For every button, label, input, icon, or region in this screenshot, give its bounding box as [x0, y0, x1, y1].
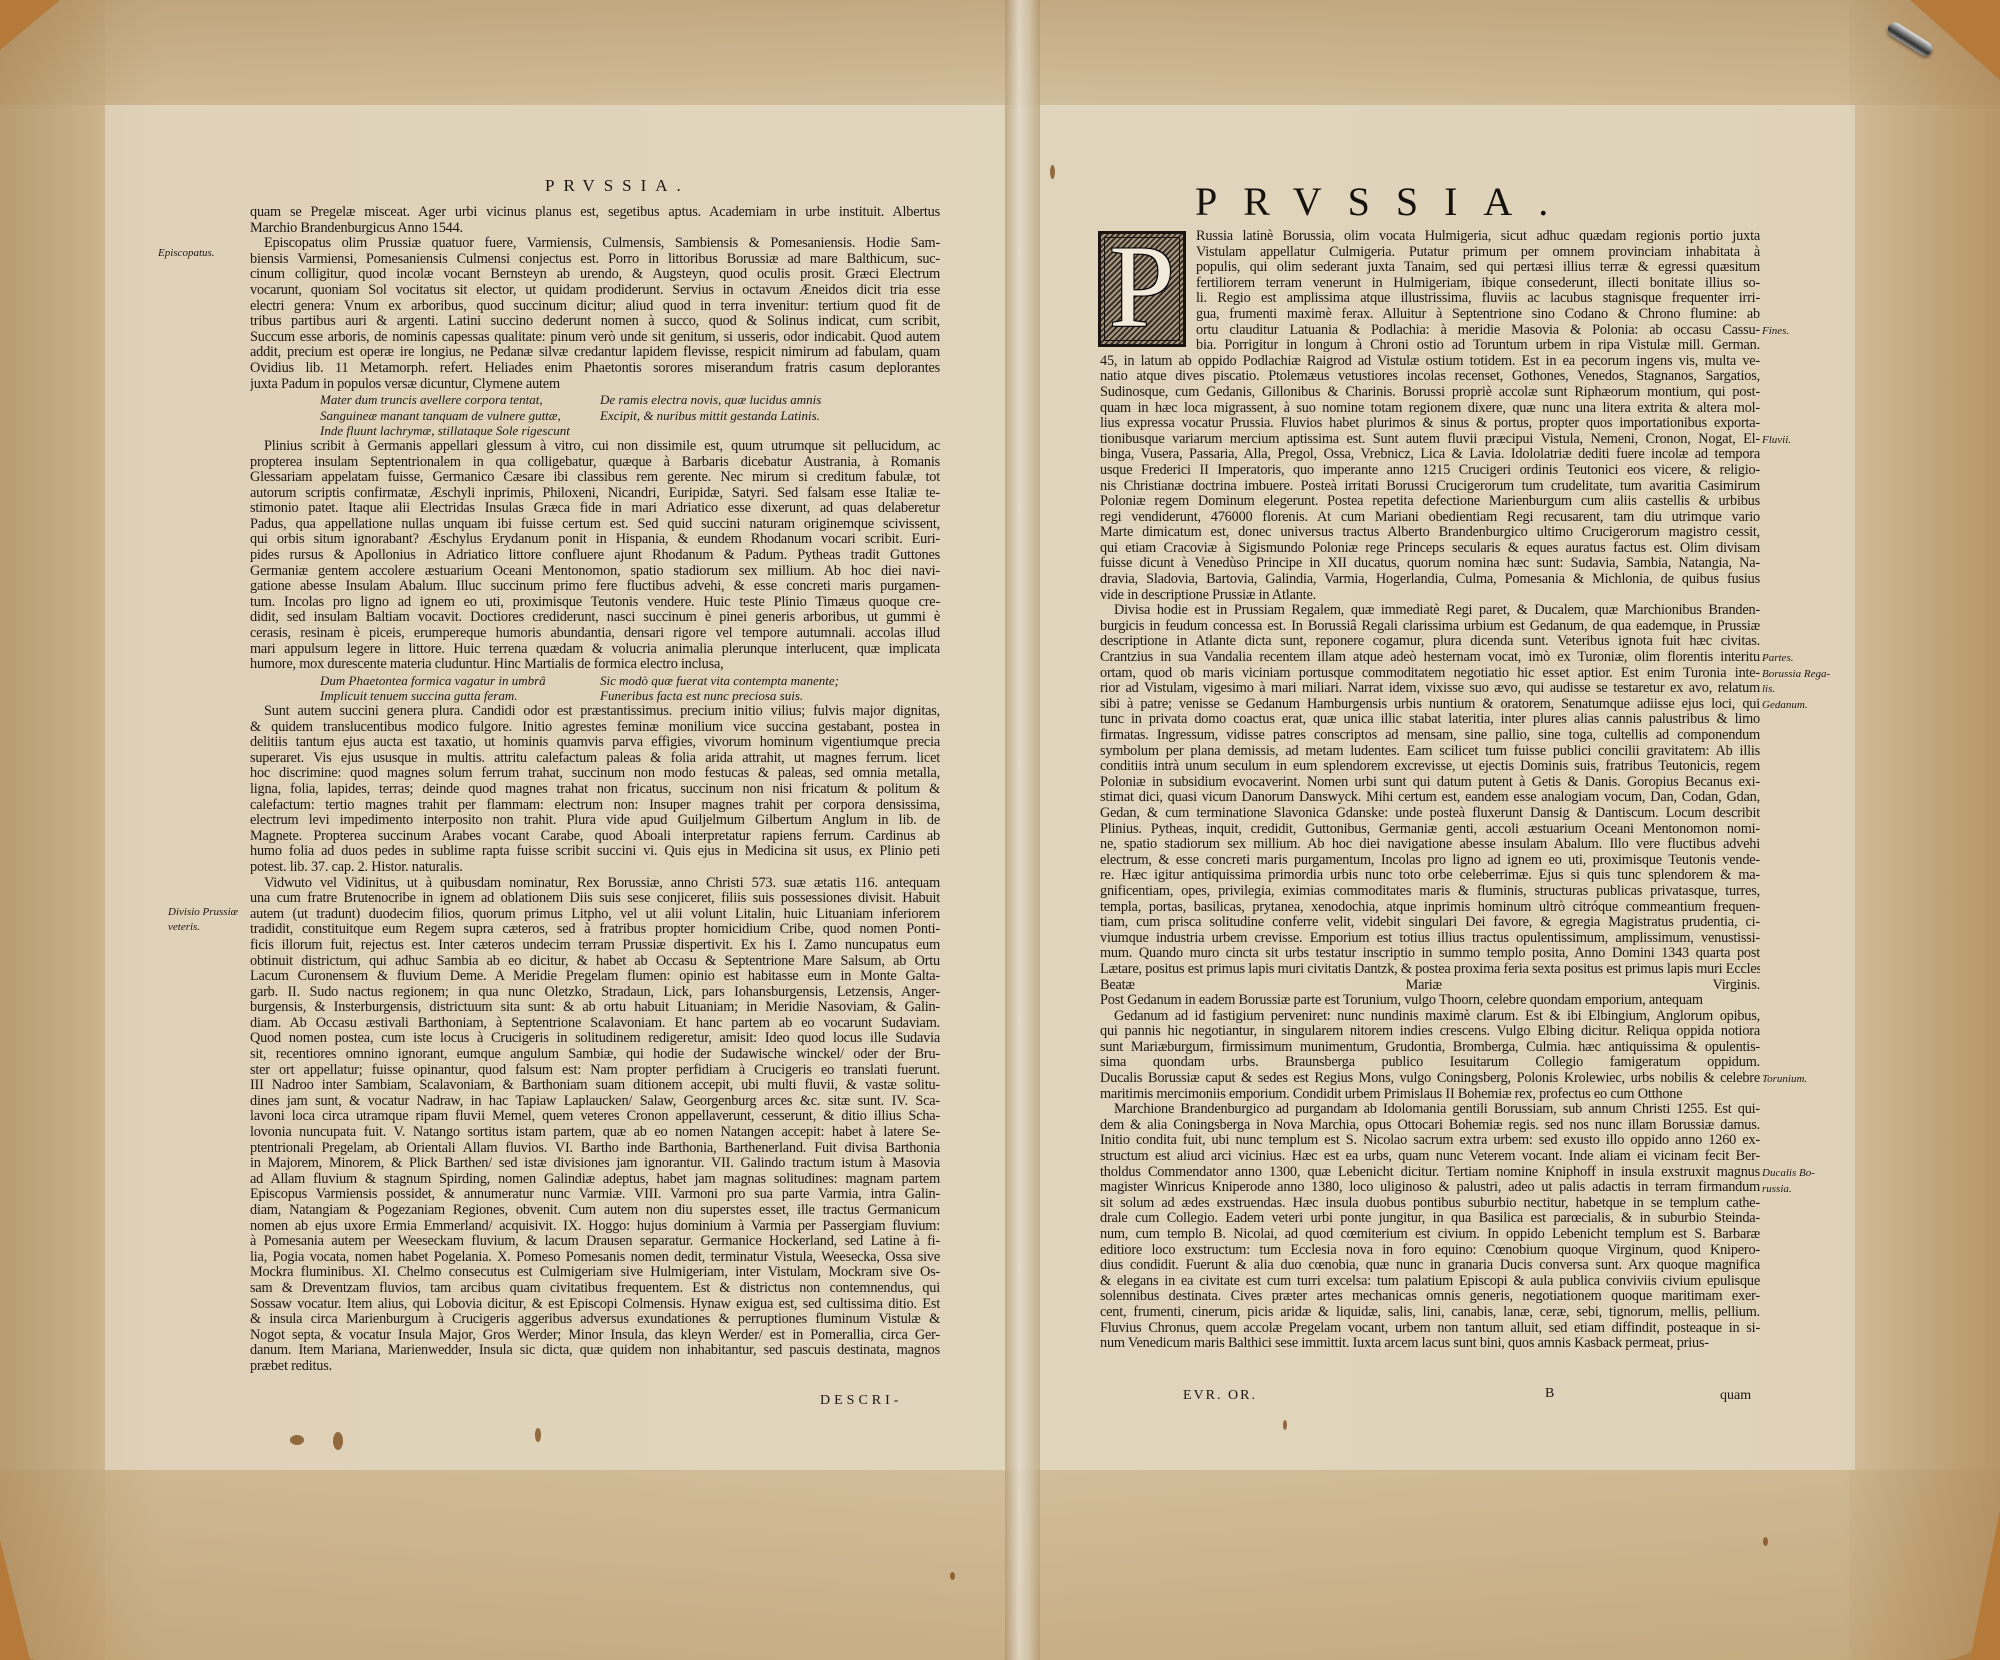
- text-line: vocarunt, quoniam Sol vocitatus sit elec…: [250, 283, 940, 299]
- text-line: tunc in privata domo coactus erat, quæ u…: [1100, 712, 1760, 728]
- text-line: autem (ut tradunt) duodecim filios, quor…: [250, 907, 940, 923]
- text-line: electri genera: Vnum ex arboribus, quod …: [250, 299, 940, 315]
- margin-note: Gedanum.: [1762, 699, 1808, 712]
- margin-note: Fines.: [1762, 325, 1789, 338]
- text-line: lovonia nuncupata fuit. V. Natango sorti…: [250, 1125, 940, 1141]
- signature-mark: B: [1545, 1386, 1558, 1402]
- text-line: cent, frumenti, cinerum, picis aridæ & l…: [1100, 1305, 1760, 1321]
- toned-border-top: [0, 0, 2000, 105]
- margin-note-episcopatus: Episcopatus.: [158, 247, 215, 260]
- text-line: III Nadroo inter Sambiam, Scalavoniam, &…: [250, 1078, 940, 1094]
- text-line: descriptione in Atlante dicta sunt, repo…: [1100, 634, 1760, 650]
- text-line: & elegans in ea civitate est cum turri e…: [1100, 1274, 1760, 1290]
- text-line: vide in descriptione Prussiæ in Atlante.: [1100, 588, 1760, 604]
- text-line: humore, mox durescente materia cluduntur…: [250, 657, 940, 673]
- margin-note: russia.: [1762, 1183, 1792, 1196]
- text-line: garb. II. Sudo nactus regionem; in qua n…: [250, 985, 940, 1001]
- text-line: sunt Mariæburgum, firmissimum munimentum…: [1100, 1040, 1760, 1056]
- text-line: didit, sed insulam Baltiam vocavit. Doct…: [250, 610, 940, 626]
- verse-left: Implicuit tenuem succina gutta feram.: [320, 688, 518, 704]
- text-line: magister Winricus Kniperode anno 1380, l…: [1100, 1180, 1760, 1196]
- foxing-stain: [1050, 165, 1055, 179]
- text-line: Vidwuto vel Vidinitus, ut à quibusdam no…: [250, 876, 940, 892]
- verse-line: Implicuit tenuem succina gutta feram.Fun…: [250, 688, 940, 704]
- text-line: præbet reditus.: [250, 1359, 940, 1375]
- text-line: Glessariam appelatam fuisse, Germanico C…: [250, 470, 940, 486]
- text-line: danum. Item Mariana, Marienwedder, Insul…: [250, 1343, 940, 1359]
- text-line: templa, portas, basilicas, prytanea, xen…: [1100, 900, 1760, 916]
- text-line: solennibus destinata. Cives præter artes…: [1100, 1289, 1760, 1305]
- text-line: viumque industria urbem crevisse. Empori…: [1100, 931, 1760, 947]
- text-line: sit solum ad ædes exstruendas. Hæc insul…: [1100, 1196, 1760, 1212]
- foxing-stain: [333, 1432, 343, 1450]
- toned-border-bottom: [0, 1470, 2000, 1660]
- text-line: Divisa hodie est in Prussiam Regalem, qu…: [1100, 603, 1760, 619]
- text-line: Poloniæ regem Dominum elegerunt. Postea …: [1100, 494, 1760, 510]
- text-line: ad Allam fluvium & stagnum Spirding, nom…: [250, 1172, 940, 1188]
- right-text-column: P Russia latinè Borussia, olim vocata Hu…: [1100, 229, 1760, 1352]
- text-line: juxta Padum in populos versæ dicuntur, C…: [250, 377, 940, 393]
- text-line: autorum scriptis confirmatæ, Æschyli inp…: [250, 486, 940, 502]
- text-line: qui orbis situm ignorabant? Æschylus Ery…: [250, 532, 940, 548]
- text-line: li. Regio est amplissima atque illustris…: [1196, 291, 1760, 307]
- text-line: Ducalis Borussiæ caput & sedes est Regiu…: [1100, 1071, 1760, 1087]
- text-line: diam, Natangiam & Pogezaniam Regiones, o…: [250, 1203, 940, 1219]
- text-line: obtinuit districtum, qui adhuc Sambia ab…: [250, 954, 940, 970]
- text-line: firmatas. Ingressum, vidisse patres cons…: [1100, 728, 1760, 744]
- text-line: sam & Dreventzam fluvios, tam arcibus qu…: [250, 1281, 940, 1297]
- text-line: Quod nomen postea, cum iste locus à Cruc…: [250, 1031, 940, 1047]
- text-line: tum. Incolas pro ligno ad ignem eo uti, …: [250, 595, 940, 611]
- verse-right: Sic modò quæ fuerat vita contempta manen…: [600, 673, 839, 689]
- verse-line: Mater dum truncis avellere corpora tenta…: [250, 392, 940, 408]
- text-line: Nogot septa, & vocatur Insula Major, Gro…: [250, 1328, 940, 1344]
- text-line: Post Gedanum in eadem Borussiæ parte est…: [1100, 993, 1760, 1009]
- text-line: cinum colligitur, quod incolæ vocant Ber…: [250, 267, 940, 283]
- margin-note-divisio: Divisio Prussiæ: [168, 906, 238, 919]
- catchword-right: quam: [1720, 1388, 1751, 1404]
- verse-line: Inde fluunt lachrymæ, stillataque Sole r…: [250, 423, 940, 439]
- running-head: PRVSSIA.: [545, 176, 690, 196]
- text-line: burgicis in feudum concessa est. In Boru…: [1100, 619, 1760, 635]
- text-line: quam se Pregelæ misceat. Ager urbi vicin…: [250, 205, 940, 221]
- text-line: dravia, Sladovia, Bartovia, Galindia, Va…: [1100, 572, 1760, 588]
- text-line: tholdus Commendator anno 1300, quæ Leben…: [1100, 1165, 1760, 1181]
- verse-block-phaethon: Mater dum truncis avellere corpora tenta…: [250, 392, 940, 439]
- text-line: dius condidit. Fuerunt & alia duo cœnobi…: [1100, 1258, 1760, 1274]
- text-line: ortam, quod ob maris viciniam portusque …: [1100, 666, 1760, 682]
- verse-left: Dum Phaetontea formica vagatur in umbrâ: [320, 673, 546, 689]
- toned-border-right: [1850, 0, 2000, 1660]
- text-line: addit, precium est operæ ire longius, ne…: [250, 345, 940, 361]
- text-line: ficis illorum fuit, rejectus est. Inter …: [250, 938, 940, 954]
- text-line: calefactum: tertio magnes trahit per fla…: [250, 798, 940, 814]
- text-line: Lætare, positus est primus lapis muri ci…: [1100, 962, 1760, 978]
- text-line: gnificentiam, opes, privilegia, eximias …: [1100, 884, 1760, 900]
- text-line: 45, in latum ab oppido Podlachiæ Raigrod…: [1100, 354, 1760, 370]
- text-line: superaret. Vis ejus ususque in multis. a…: [250, 751, 940, 767]
- text-line: binga, Vusera, Passaria, Alla, Pregol, O…: [1100, 447, 1760, 463]
- verse-block-martial: Dum Phaetontea formica vagatur in umbrâS…: [250, 673, 940, 704]
- text-line: sit, recentiores omnino ignorant, eumque…: [250, 1047, 940, 1063]
- toned-border-left: [0, 0, 105, 1660]
- text-line: Sudinosque, cum Gedanis, Gillonibus & Ch…: [1100, 385, 1760, 401]
- text-line: Succum esse arboris, de nominis capessas…: [250, 330, 940, 346]
- margin-note: Fluvii.: [1762, 434, 1791, 447]
- text-line: nis Christianæ doctrina imbuere. Posteà …: [1100, 479, 1760, 495]
- text-line: tionibusque variarum mercium aptissima e…: [1100, 432, 1760, 448]
- text-line: gatione abesse Insulam Abalum. Illuc suc…: [250, 579, 940, 595]
- catchword-left: DESCRI-: [820, 1393, 902, 1409]
- text-line: ster ort appellatur; fuisse opinantur, q…: [250, 1063, 940, 1079]
- text-line: Sunt autem succini genera plura. Candidi…: [250, 704, 940, 720]
- foxing-stain: [535, 1428, 541, 1442]
- text-line: in Majorem, Minorem, & Plick Barthen/ se…: [250, 1156, 940, 1172]
- text-line: à Pomesania autem per Weeseckam fluvium,…: [250, 1234, 940, 1250]
- text-line: natio atque dives piscatio. Ptolemæus ve…: [1100, 369, 1760, 385]
- text-line: num Venedicum maris Balthici sese immitt…: [1100, 1336, 1760, 1352]
- text-line: rior ad Vistulam, vigesimo à mari miliar…: [1100, 681, 1760, 697]
- text-line: Ovidius lib. 11 Metamorph. refert. Helia…: [250, 361, 940, 377]
- text-line: Initio condita fuit, ubi nunc templum es…: [1100, 1133, 1760, 1149]
- text-line: una cum fratre Brutenocribe in ignem ad …: [250, 891, 940, 907]
- text-line: stimat dici, quasi vicum Danorum Danswyc…: [1100, 790, 1760, 806]
- text-block-amber-intro: quam se Pregelæ misceat. Ager urbi vicin…: [250, 205, 940, 392]
- text-line: maritimis mercimoniis emporium. Condidit…: [1100, 1087, 1760, 1103]
- verse-right: De ramis electra novis, quæ lucidus amni…: [600, 392, 821, 408]
- text-line: Marchio Brandenburgicus Anno 1544.: [250, 221, 940, 237]
- text-block-divisio: Sunt autem succini genera plura. Candidi…: [250, 704, 940, 1375]
- text-line: Russia latinè Borussia, olim vocata Hulm…: [1196, 229, 1760, 245]
- text-line: mari appulsum legere in littore. Huic te…: [250, 642, 940, 658]
- text-line: Sossaw vocatur. Item alius, qui Lobovia …: [250, 1297, 940, 1313]
- text-line: ptentrionali Pregelam, ab Orientali Alla…: [250, 1141, 940, 1157]
- text-block-main: 45, in latum ab oppido Podlachiæ Raigrod…: [1100, 354, 1760, 1352]
- text-line: stimonio patet. Itaque alii Electridas I…: [250, 501, 940, 517]
- text-line: tiam, cum prisca solitudine conferre vel…: [1100, 915, 1760, 931]
- text-line: nomen ab ejus uxore Ermia Emmerland/ acq…: [250, 1219, 940, 1235]
- text-line: Episcopus Varmiensis possidet, & annumer…: [250, 1187, 940, 1203]
- text-line: mum. Quando muro cincta sit urbs testatu…: [1100, 946, 1760, 962]
- text-line: diam. Ab Occasu æstivali Barthoniam, à S…: [250, 1016, 940, 1032]
- margin-note: lis.: [1762, 683, 1775, 696]
- verse-right: Funeribus facta est nunc preciosa suis.: [600, 688, 803, 704]
- text-line: qui pannis hic negotiantur, in singulare…: [1100, 1024, 1760, 1040]
- text-line: sima quondam urbs. Braunsberga publico I…: [1100, 1055, 1760, 1071]
- text-line: fuisse dicunt à Venedùso Principe in XII…: [1100, 556, 1760, 572]
- text-line: lavoni loca circa utramque ripam fluvii …: [250, 1109, 940, 1125]
- text-line: lia, Pogia vocata, nomen habet Pogelania…: [250, 1250, 940, 1266]
- verse-left: Mater dum truncis avellere corpora tenta…: [320, 392, 543, 408]
- text-line: tradidit, constituitque eum Regem supra …: [250, 922, 940, 938]
- text-line: populis, qui olim sederant juxta Tanaim,…: [1196, 260, 1760, 276]
- text-line: conditiis intrà unum seculum in eum sple…: [1100, 759, 1760, 775]
- margin-note: Ducalis Bo-: [1762, 1167, 1815, 1180]
- text-line: lius expressa vocatur Prussia. Fluvios h…: [1100, 416, 1760, 432]
- text-line: gua, frumenti maximè ferax. Alluitur à S…: [1196, 307, 1760, 323]
- text-line: structum est aliud arci vicinius. Hæc es…: [1100, 1149, 1760, 1165]
- text-line: pides rursus & Apollonius in Adriatico l…: [250, 548, 940, 564]
- text-line: qui etiam Cracoviæ à Sigismundo Poloniæ …: [1100, 541, 1760, 557]
- margin-note: Borussia Rega-: [1762, 668, 1830, 681]
- text-line: ligna, folia, lapides, terras; deinde qu…: [250, 782, 940, 798]
- text-line: potest. lib. 37. cap. 2. Histor. natural…: [250, 860, 940, 876]
- text-line: biensis Varmiensi, Pomesaniensis Culmens…: [250, 252, 940, 268]
- text-line: Episcopatus olim Prussiæ quatuor fuere, …: [250, 236, 940, 252]
- verse-left: Inde fluunt lachrymæ, stillataque Sole r…: [320, 423, 570, 439]
- verse-line: Sanguineæ manant tanquam de vulnere gutt…: [250, 408, 940, 424]
- text-line: dines jam sunt, & vocatur Nadraw, in hac…: [250, 1094, 940, 1110]
- text-line: re. Hæc igitur antiquissima primordia ur…: [1100, 868, 1760, 884]
- foxing-stain: [1283, 1420, 1287, 1430]
- text-line: & quidem translucentibus modico fulgore.…: [250, 720, 940, 736]
- text-block-glessum: Plinius scribit à Germanis appellari gle…: [250, 439, 940, 673]
- text-line: Padus, qua appellatione nullas unquam ib…: [250, 517, 940, 533]
- text-line: Vistulam appellatur Culmigeria. Putatur …: [1196, 245, 1760, 261]
- text-line: Gedanum ad id fastigium perveniret: nunc…: [1100, 1009, 1760, 1025]
- text-line: electrum, & esse concreti maris purgamen…: [1100, 853, 1760, 869]
- text-line: Plinius. Pytheas, inquit, credidit, Gutt…: [1100, 822, 1760, 838]
- text-line: editiore loco exstructum: tum Ecclesia n…: [1100, 1243, 1760, 1259]
- margin-note: Partes.: [1762, 652, 1793, 665]
- verse-right: Excipit, & nuribus mittit gestanda Latin…: [600, 408, 820, 424]
- margin-note: Torunium.: [1762, 1073, 1807, 1086]
- text-line: hoc discrimine: quod magnes solum ferrum…: [250, 766, 940, 782]
- margin-note-veteris: veteris.: [168, 921, 200, 934]
- text-line: Poloniæ in subsidium evocaverint. Nomen …: [1100, 775, 1760, 791]
- text-line: & insula circa Marienburgum à Crucigeris…: [250, 1312, 940, 1328]
- text-line: drale cum Collegio. Eadem veteri urbi po…: [1100, 1211, 1760, 1227]
- text-line: Germaniæ gentem accolere æstuarium Ocean…: [250, 564, 940, 580]
- text-line: usque Frederici II Imperatoris, quo impe…: [1100, 463, 1760, 479]
- text-line: Marte dimicatum est, donec universus tra…: [1100, 525, 1760, 541]
- initial-letter: P: [1109, 228, 1175, 346]
- text-line: ortu clauditur Latuania & Podlachia: à m…: [1196, 323, 1760, 339]
- text-line: electrum levi impedimento interposito no…: [250, 813, 940, 829]
- verse-left: Sanguineæ manant tanquam de vulnere gutt…: [320, 408, 561, 424]
- text-line: delitiis tantum ejus aucta est taxatio, …: [250, 735, 940, 751]
- text-line: sibi à patre; venisse se Gedanum Hamburg…: [1100, 697, 1760, 713]
- foxing-stain: [950, 1572, 955, 1580]
- left-text-column: quam se Pregelæ misceat. Ager urbi vicin…: [250, 205, 940, 1375]
- signature-eur-or: EVR. OR.: [1183, 1388, 1257, 1404]
- text-line: Crantzius in sua Vandalia recentem illam…: [1100, 650, 1760, 666]
- text-line: cerasis, resinam è piceis, erumpereque h…: [250, 626, 940, 642]
- page-title: PRVSSIA.: [1195, 178, 1574, 225]
- center-fold: [1005, 0, 1040, 1660]
- text-line: fertiliorem terram venerunt in Hulmigeri…: [1196, 276, 1760, 292]
- text-line: Beatæ Mariæ Virginis.: [1100, 978, 1760, 994]
- text-line: dem & alia Coningsberga in Nova Marchia,…: [1100, 1118, 1760, 1134]
- text-line: burgensis, & Insterburgensis, districtuu…: [250, 1000, 940, 1016]
- foxing-stain: [1763, 1537, 1768, 1546]
- text-line: propterea insulam Septentrionalem in qua…: [250, 455, 940, 471]
- text-line: Lacum Curonensem & fluvium Deme. A Merid…: [250, 969, 940, 985]
- text-line: Plinius scribit à Germanis appellari gle…: [250, 439, 940, 455]
- text-line: Marchione Brandenburgico ad purgandam ab…: [1100, 1102, 1760, 1118]
- decorated-initial: P: [1098, 231, 1186, 347]
- text-line: Magnete. Propterea succinum Arabes vocan…: [250, 829, 940, 845]
- text-line: ne, spatio stadiorum sex millium. Ab hoc…: [1100, 837, 1760, 853]
- text-line: num, cum templo B. Nicolai, ad quod cœmi…: [1100, 1227, 1760, 1243]
- text-line: Gedan, & cum terminatione Slavonica Gdan…: [1100, 806, 1760, 822]
- text-line: bia. Porrigitur in longum à Chroni ostio…: [1196, 338, 1760, 354]
- foxing-stain: [290, 1435, 304, 1445]
- text-line: Mockra fluminibus. XI. Chelmo consecutus…: [250, 1265, 940, 1281]
- text-block-opening: Russia latinè Borussia, olim vocata Hulm…: [1100, 229, 1760, 354]
- text-line: tribus partibus auri & argenti. Latini s…: [250, 314, 940, 330]
- verse-line: Dum Phaetontea formica vagatur in umbrâS…: [250, 673, 940, 689]
- text-line: regi vendiderunt, 476000 florenis. At cu…: [1100, 510, 1760, 526]
- text-line: Fluvius Chronus, quem accolæ Pregelam vo…: [1100, 1321, 1760, 1337]
- text-line: quam in hæc loca migrassent, à suo nomin…: [1100, 401, 1760, 417]
- text-line: symbolum per plana demissis, ad metam lu…: [1100, 744, 1760, 760]
- text-line: humo folia ad duos pedes in sublime rapt…: [250, 844, 940, 860]
